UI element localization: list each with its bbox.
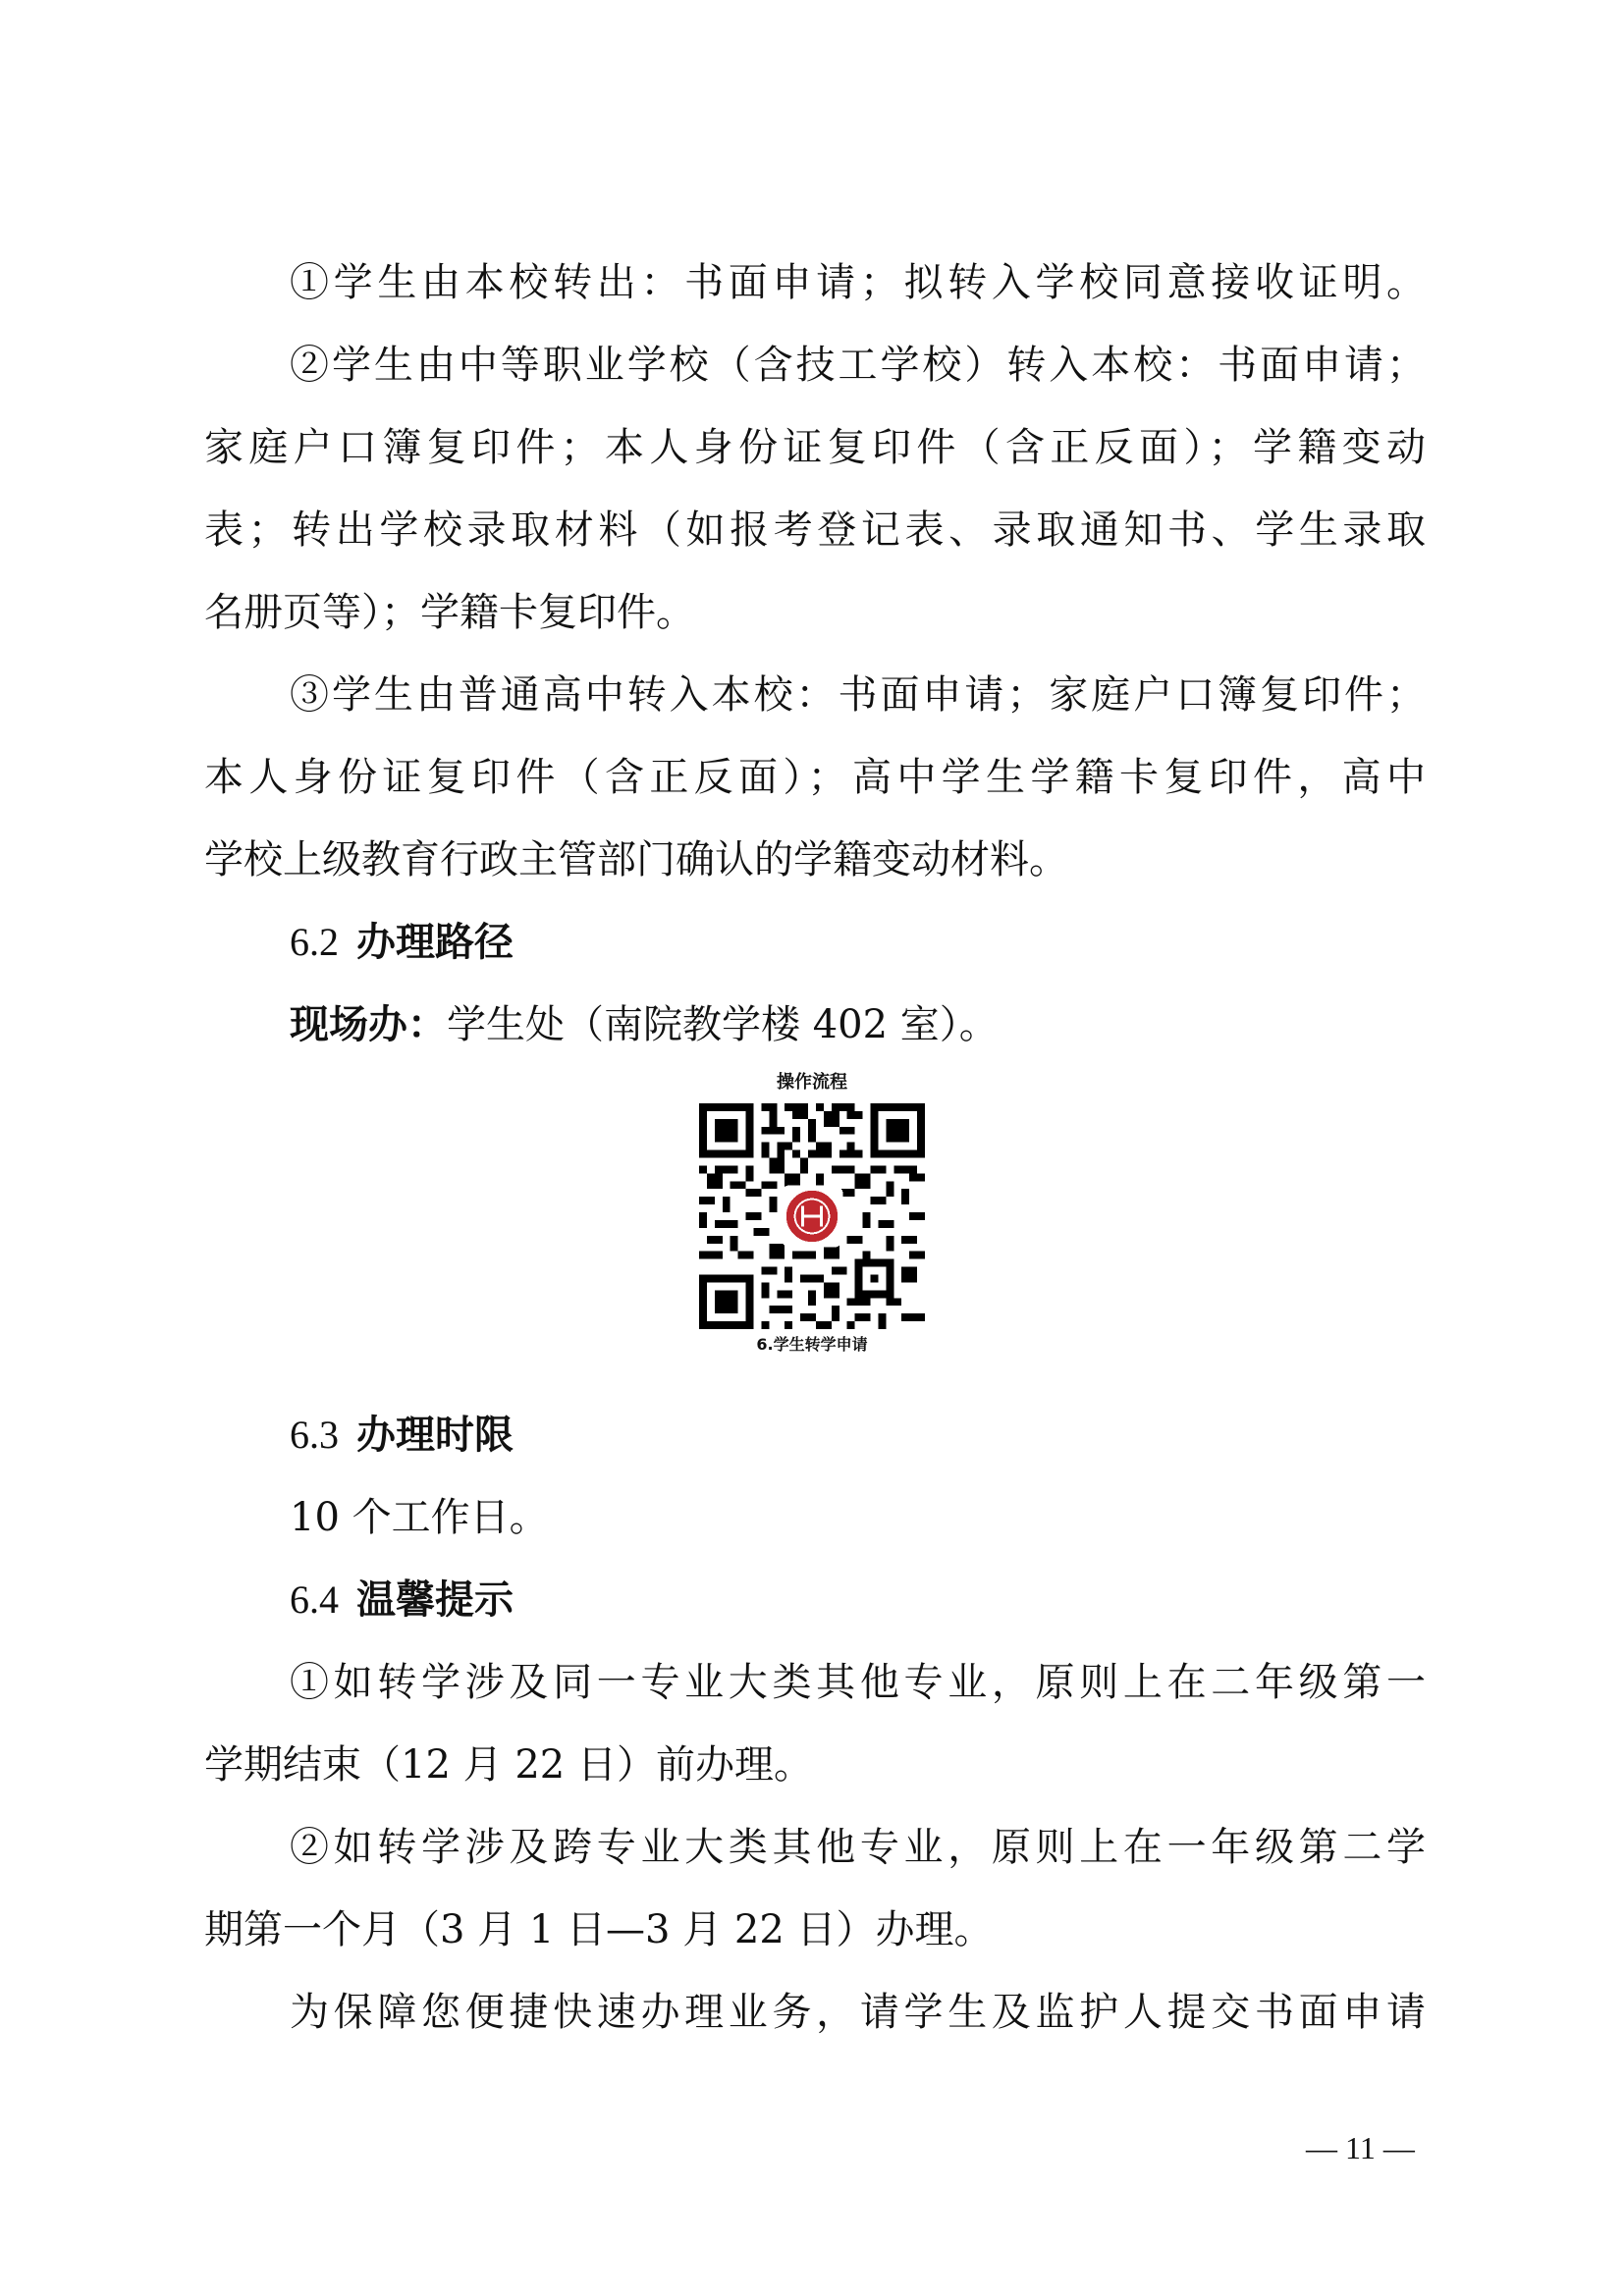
section-heading-6-4: 6.4温馨提示: [290, 1571, 514, 1629]
document-page: ①学生由本校转出：书面申请；拟转入学校同意接收证明。 ②学生由中等职业学校（含技…: [0, 0, 1624, 2296]
tip-line: 期第一个月（3 月 1 日—3 月 22 日）办理。: [204, 1900, 1426, 1959]
section-title: 温馨提示: [356, 1576, 514, 1623]
tip-line: ①如转学涉及同一专业大类其他专业，原则上在二年级第一: [290, 1653, 1426, 1712]
paragraph-line: ②学生由中等职业学校（含技工学校）转入本校：书面申请；: [290, 336, 1426, 395]
qr-title: 操作流程: [687, 1070, 937, 1095]
paragraph-line: 名册页等）；学籍卡复印件。: [204, 583, 1426, 642]
section-title: 办理时限: [356, 1412, 514, 1458]
page-number: — 11 —: [1306, 2128, 1415, 2167]
time-limit-text: 10 个工作日。: [290, 1488, 549, 1547]
paragraph-line: 学校上级教育行政主管部门确认的学籍变动材料。: [204, 830, 1426, 889]
section-number: 6.4: [290, 1577, 339, 1622]
qr-code-block: 操作流程: [687, 1070, 937, 1374]
paragraph-line: ③学生由普通高中转入本校：书面申请；家庭户口簿复印件；: [290, 666, 1426, 724]
paragraph-line: 家庭户口簿复印件；本人身份证复印件（含正反面）；学籍变动: [204, 418, 1426, 477]
onsite-label: 现场办：: [290, 1001, 447, 1047]
section-heading-6-3: 6.3办理时限: [290, 1406, 514, 1465]
qr-code-icon[interactable]: [699, 1103, 925, 1329]
paragraph-line: 表；转出学校录取材料（如报考登记表、录取通知书、学生录取: [204, 501, 1426, 560]
onsite-location: 现场办：学生处（南院教学楼 402 室）。: [290, 995, 999, 1054]
closing-line: 为保障您便捷快速办理业务，请学生及监护人提交书面申请: [290, 1983, 1426, 2042]
section-heading-6-2: 6.2办理路径: [290, 913, 514, 972]
qr-caption: 6.学生转学申请: [687, 1333, 937, 1357]
paragraph-line: 本人身份证复印件（含正反面）；高中学生学籍卡复印件，高中: [204, 748, 1426, 807]
onsite-text: 学生处（南院教学楼 402 室）。: [447, 1002, 999, 1047]
section-number: 6.2: [290, 920, 339, 964]
section-title: 办理路径: [356, 919, 514, 965]
paragraph-line: ①学生由本校转出：书面申请；拟转入学校同意接收证明。: [290, 253, 1426, 312]
tip-line: ②如转学涉及跨专业大类其他专业，原则上在一年级第二学: [290, 1818, 1426, 1877]
tip-line: 学期结束（12 月 22 日）前办理。: [204, 1735, 1426, 1794]
section-number: 6.3: [290, 1413, 339, 1457]
